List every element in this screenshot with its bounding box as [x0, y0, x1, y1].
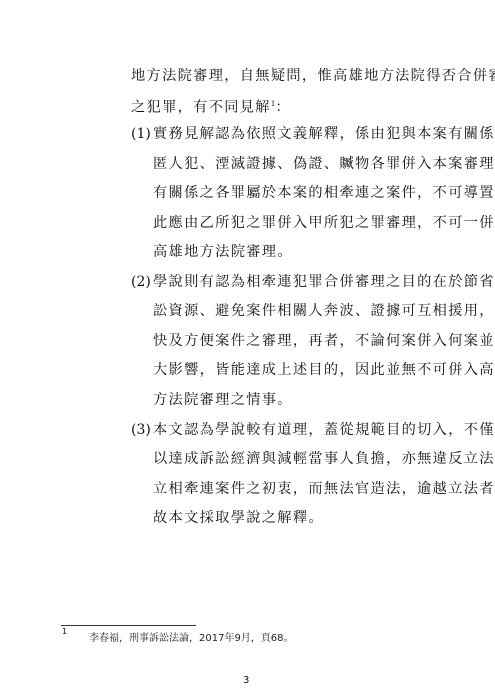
item-1-line-5: 高雄地方法院審理。	[153, 243, 293, 261]
footnote-separator	[61, 625, 196, 626]
item-1-line-2: 匿人犯、湮滅證據、偽證、贓物各罪併入本案審理，僅	[153, 155, 495, 173]
intro-line-1: 地方法院審理，自無疑問，惟高雄地方法院得否合併審理甲	[131, 67, 495, 85]
item-1-line-4: 此應由乙所犯之罪併入甲所犯之罪審理，不可一併進入	[153, 214, 495, 232]
item-3-line-1: 本文認為學說較有道理，蓋從規範目的切入，不僅亦可	[153, 421, 495, 439]
intro-line-2-text: 之犯罪，有不同見解	[131, 100, 271, 116]
item-1-line-3: 有關係之各罪屬於本案的相牽連之案件，不可導置，因	[153, 184, 495, 202]
footnote-mark: 1	[62, 627, 67, 636]
item-3-number: (3)	[131, 421, 151, 439]
footnote-text: 李春福，刑事訴訟法論，2017年9月，頁68。	[89, 629, 294, 644]
item-2-line-5: 方法院審理之情事。	[153, 391, 293, 409]
item-3-line-4: 故本文採取學說之解釋。	[153, 509, 324, 527]
item-2-line-1: 學說則有認為相牽連犯罪合併審理之目的在於節省訴	[153, 273, 495, 291]
item-3-line-2: 以達成訴訟經濟與減輕當事人負擔，亦無違反立法者設	[153, 450, 495, 468]
document-page: 地方法院審理，自無疑問，惟高雄地方法院得否合併審理甲 之犯罪，有不同見解1： (…	[0, 0, 495, 700]
item-2-line-3: 快及方便案件之審理，再者，不論何案併入何案並無太	[153, 332, 495, 350]
item-1-line-1: 實務見解認為依照文義解釋，係由犯與本案有關係之藏	[153, 125, 495, 143]
item-3-line-3: 立相牽連案件之初衷，而無法官造法，逾越立法者之虞，	[153, 480, 495, 498]
page-number: 3	[243, 675, 249, 686]
item-2-line-4: 大影響，皆能達成上述目的，因此並無不可併入高雄地	[153, 361, 495, 379]
intro-line-2: 之犯罪，有不同見解1：	[131, 95, 291, 117]
item-1-number: (1)	[131, 125, 151, 143]
intro-line-2-end: ：	[275, 100, 291, 116]
item-2-number: (2)	[131, 273, 151, 291]
item-2-line-2: 訟資源、避免案件相關人奔波、證據可互相援用，可加	[153, 302, 495, 320]
